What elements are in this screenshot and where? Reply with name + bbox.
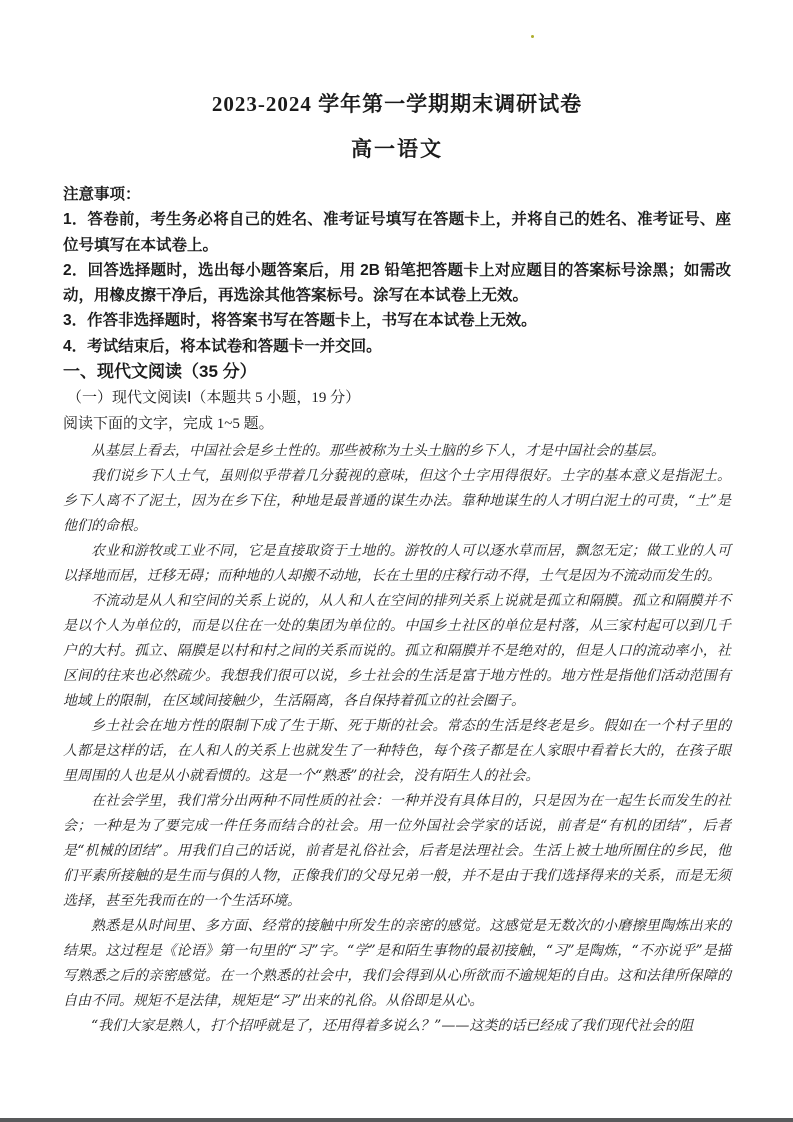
notice-item-3: 3．作答非选择题时，将答案书写在答题卡上，书写在本试卷上无效。	[63, 308, 731, 333]
passage-paragraph: 我们说乡下人土气，虽则似乎带着几分藐视的意味，但这个土字用得很好。土字的基本意义…	[63, 464, 731, 539]
passage-paragraph: 不流动是从人和空间的关系上说的，从人和人在空间的排列关系上说就是孤立和隔膜。孤立…	[63, 589, 731, 714]
passage-paragraph: 在社会学里，我们常分出两种不同性质的社会：一种并没有具体目的，只是因为在一起生长…	[63, 789, 731, 914]
passage-paragraph: 乡土社会在地方性的限制下成了生于斯、死于斯的社会。常态的生活是终老是乡。假如在一…	[63, 714, 731, 789]
notice-item-4: 4．考试结束后，将本试卷和答题卡一并交回。	[63, 334, 731, 359]
section-subheading: （一）现代文阅读Ⅰ（本题共 5 小题，19 分）	[67, 386, 731, 411]
notice-item-1: 1．答卷前，考生务必将自己的姓名、准考证号填写在答题卡上，并将自己的姓名、准考证…	[63, 207, 731, 258]
passage-paragraph: 熟悉是从时间里、多方面、经常的接触中所发生的亲密的感觉。这感觉是无数次的小磨擦里…	[63, 914, 731, 1014]
exam-page: 2023-2024 学年第一学期期末调研试卷 高一语文 注意事项： 1．答卷前，…	[0, 0, 793, 1039]
notice-item-2: 2．回答选择题时，选出每小题答案后，用 2B 铅笔把答题卡上对应题目的答案标号涂…	[63, 258, 731, 309]
reading-passage: 从基层上看去，中国社会是乡土性的。那些被称为土头土脑的乡下人，才是中国社会的基层…	[63, 439, 731, 1039]
page-subtitle: 高一语文	[63, 133, 731, 163]
passage-paragraph: “我们大家是熟人，打个招呼就是了，还用得着多说么？”——这类的话已经成了我们现代…	[63, 1014, 731, 1039]
notice-heading: 注意事项：	[63, 182, 731, 207]
passage-paragraph: 农业和游牧或工业不同，它是直接取资于土地的。游牧的人可以逐水草而居，飘忽无定；做…	[63, 539, 731, 589]
notice-section: 注意事项： 1．答卷前，考生务必将自己的姓名、准考证号填写在答题卡上，并将自己的…	[63, 182, 731, 359]
passage-instruction: 阅读下面的文字，完成 1~5 题。	[63, 412, 731, 437]
scan-speck	[531, 35, 534, 38]
passage-paragraph: 从基层上看去，中国社会是乡土性的。那些被称为土头土脑的乡下人，才是中国社会的基层…	[63, 439, 731, 464]
section-heading: 一、现代文阅读（35 分）	[63, 359, 731, 384]
page-title: 2023-2024 学年第一学期期末调研试卷	[63, 88, 731, 118]
scan-bottom-bar	[0, 1118, 793, 1122]
